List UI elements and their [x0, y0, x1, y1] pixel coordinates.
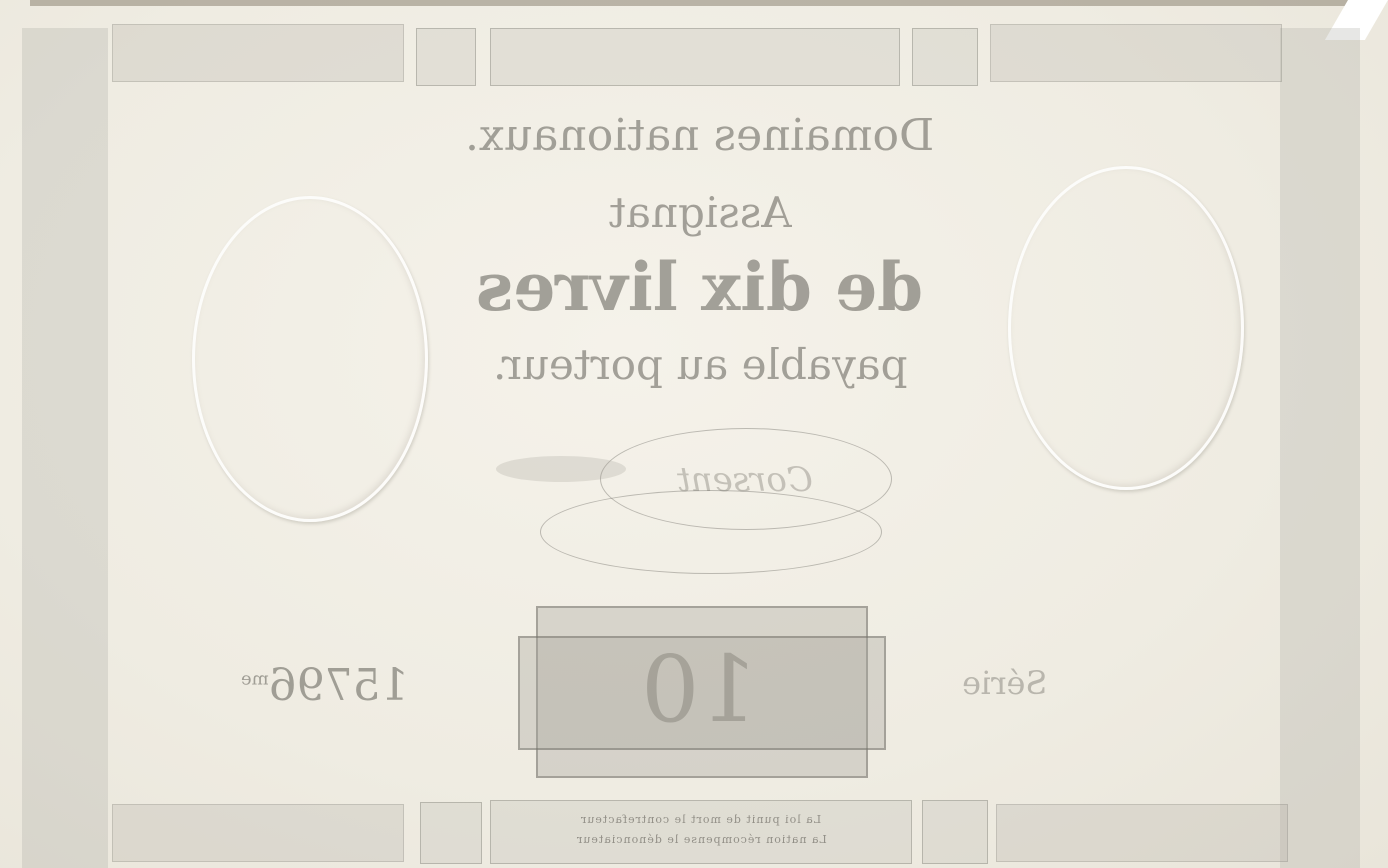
value-text: 10: [641, 636, 758, 743]
bottom-strip-left: [112, 804, 404, 862]
header-line-1: Domaines nationaux.: [465, 110, 934, 161]
bottom-text-box: La loi punit de mort le contrefacteur La…: [490, 800, 912, 864]
left-border-band: [22, 28, 108, 868]
top-strip-left: [112, 24, 404, 82]
header-line-3: de dix livres: [476, 248, 923, 326]
header-line-2: Assignat: [609, 188, 792, 237]
signature-oval-lower: [540, 490, 882, 574]
top-stamp-right: [912, 28, 978, 86]
right-border-band: [1280, 28, 1360, 868]
value-box: 10: [518, 606, 882, 774]
top-edge: [30, 0, 1360, 6]
series-label: Série: [962, 664, 1047, 702]
header-line-4-wrap: payable au porteur.: [400, 340, 1000, 389]
value-wrap: 10: [518, 636, 882, 743]
bottom-strip-right: [996, 804, 1288, 862]
footer-line-1: La loi punit de mort le contrefacteur: [580, 813, 821, 826]
signature-wrap: Corsent: [600, 460, 890, 500]
top-strip-right: [990, 24, 1282, 82]
footer-line-2: La nation récompense le dénonciateur: [576, 833, 827, 846]
serial-wrap: 15796me: [180, 660, 470, 711]
series-wrap: Série: [940, 664, 1070, 702]
left-embossed-medallion: [192, 196, 428, 522]
top-stamp-left: [416, 28, 476, 86]
signature: Corsent: [677, 460, 813, 500]
bottom-stamp-right: [922, 800, 988, 864]
header-line-1-wrap: Domaines nationaux.: [400, 110, 1000, 161]
header-line-4: payable au porteur.: [493, 340, 908, 389]
serial-number: 15796: [269, 660, 409, 711]
top-text-box: [490, 28, 900, 86]
signature-flourish: [496, 456, 626, 482]
bottom-stamp-left: [420, 802, 482, 864]
header-line-3-wrap: de dix livres: [380, 248, 1020, 326]
banknote-reverse: La loi punit de mort le contrefacteur La…: [0, 0, 1388, 868]
header-line-2-wrap: Assignat: [400, 188, 1000, 237]
serial-suffix: me: [241, 668, 269, 689]
right-embossed-medallion: [1008, 166, 1244, 490]
